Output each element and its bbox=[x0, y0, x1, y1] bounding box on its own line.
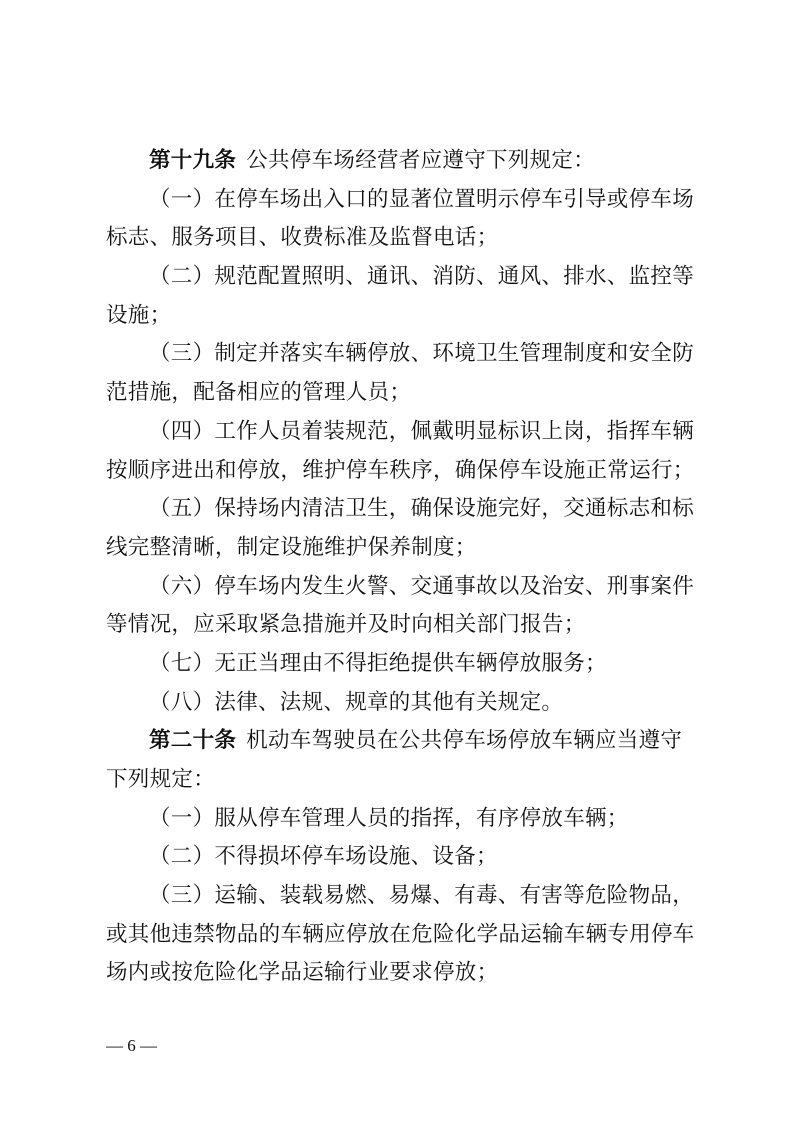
article-20-heading: 第二十条 bbox=[149, 728, 236, 753]
article-19-item-3-line-2: 范措施，配备相应的管理人员； bbox=[106, 374, 696, 413]
article-19-item-4-line-1: （四）工作人员着装规范，佩戴明显标识上岗，指挥车辆 bbox=[106, 413, 696, 452]
article-19-item-4-line-2: 按顺序进出和停放，维护停车秩序，确保停车设施正常运行； bbox=[106, 452, 696, 491]
article-19-item-3-line-1: （三）制定并落实车辆停放、环境卫生管理制度和安全防 bbox=[106, 335, 696, 374]
page-number: — 6 — bbox=[106, 1036, 157, 1056]
article-19-item-1-line-2: 标志、服务项目、收费标准及监督电话； bbox=[106, 219, 696, 258]
article-19-item-5-line-1: （五）保持场内清洁卫生，确保设施完好，交通标志和标 bbox=[106, 490, 696, 529]
article-19-heading-line: 第十九条公共停车场经营者应遵守下列规定： bbox=[106, 142, 696, 181]
article-19-item-5-line-2: 线完整清晰，制定设施维护保养制度； bbox=[106, 529, 696, 568]
article-20-heading-line: 第二十条机动车驾驶员在公共停车场停放车辆应当遵守 bbox=[106, 722, 696, 761]
article-19-heading: 第十九条 bbox=[149, 148, 236, 173]
article-19-item-2-line-1: （二）规范配置照明、通讯、消防、通风、排水、监控等 bbox=[106, 258, 696, 297]
article-20-intro-line-1: 机动车驾驶员在公共停车场停放车辆应当遵守 bbox=[246, 728, 682, 753]
article-20-item-3-line-2: 或其他违禁物品的车辆应停放在危险化学品运输车辆专用停车 bbox=[106, 916, 696, 955]
article-19-intro: 公共停车场经营者应遵守下列规定： bbox=[246, 148, 595, 173]
article-20-item-3-line-1: （三）运输、装载易燃、易爆、有毒、有害等危险物品， bbox=[106, 877, 696, 916]
document-page: 第十九条公共停车场经营者应遵守下列规定： （一）在停车场出入口的显著位置明示停车… bbox=[106, 142, 696, 993]
article-19-item-6-line-1: （六）停车场内发生火警、交通事故以及治安、刑事案件 bbox=[106, 568, 696, 607]
article-19-item-1-line-1: （一）在停车场出入口的显著位置明示停车引导或停车场 bbox=[106, 181, 696, 220]
article-20-intro-line-2: 下列规定： bbox=[106, 761, 696, 800]
article-20-item-1: （一）服从停车管理人员的指挥，有序停放车辆； bbox=[106, 800, 696, 839]
article-19-item-2-line-2: 设施； bbox=[106, 297, 696, 336]
article-20-item-3-line-3: 场内或按危险化学品运输行业要求停放； bbox=[106, 954, 696, 993]
article-19-item-7: （七）无正当理由不得拒绝提供车辆停放服务； bbox=[106, 645, 696, 684]
article-20-item-2: （二）不得损坏停车场设施、设备； bbox=[106, 838, 696, 877]
article-19-item-8: （八）法律、法规、规章的其他有关规定。 bbox=[106, 684, 696, 723]
article-19-item-6-line-2: 等情况，应采取紧急措施并及时向相关部门报告； bbox=[106, 606, 696, 645]
